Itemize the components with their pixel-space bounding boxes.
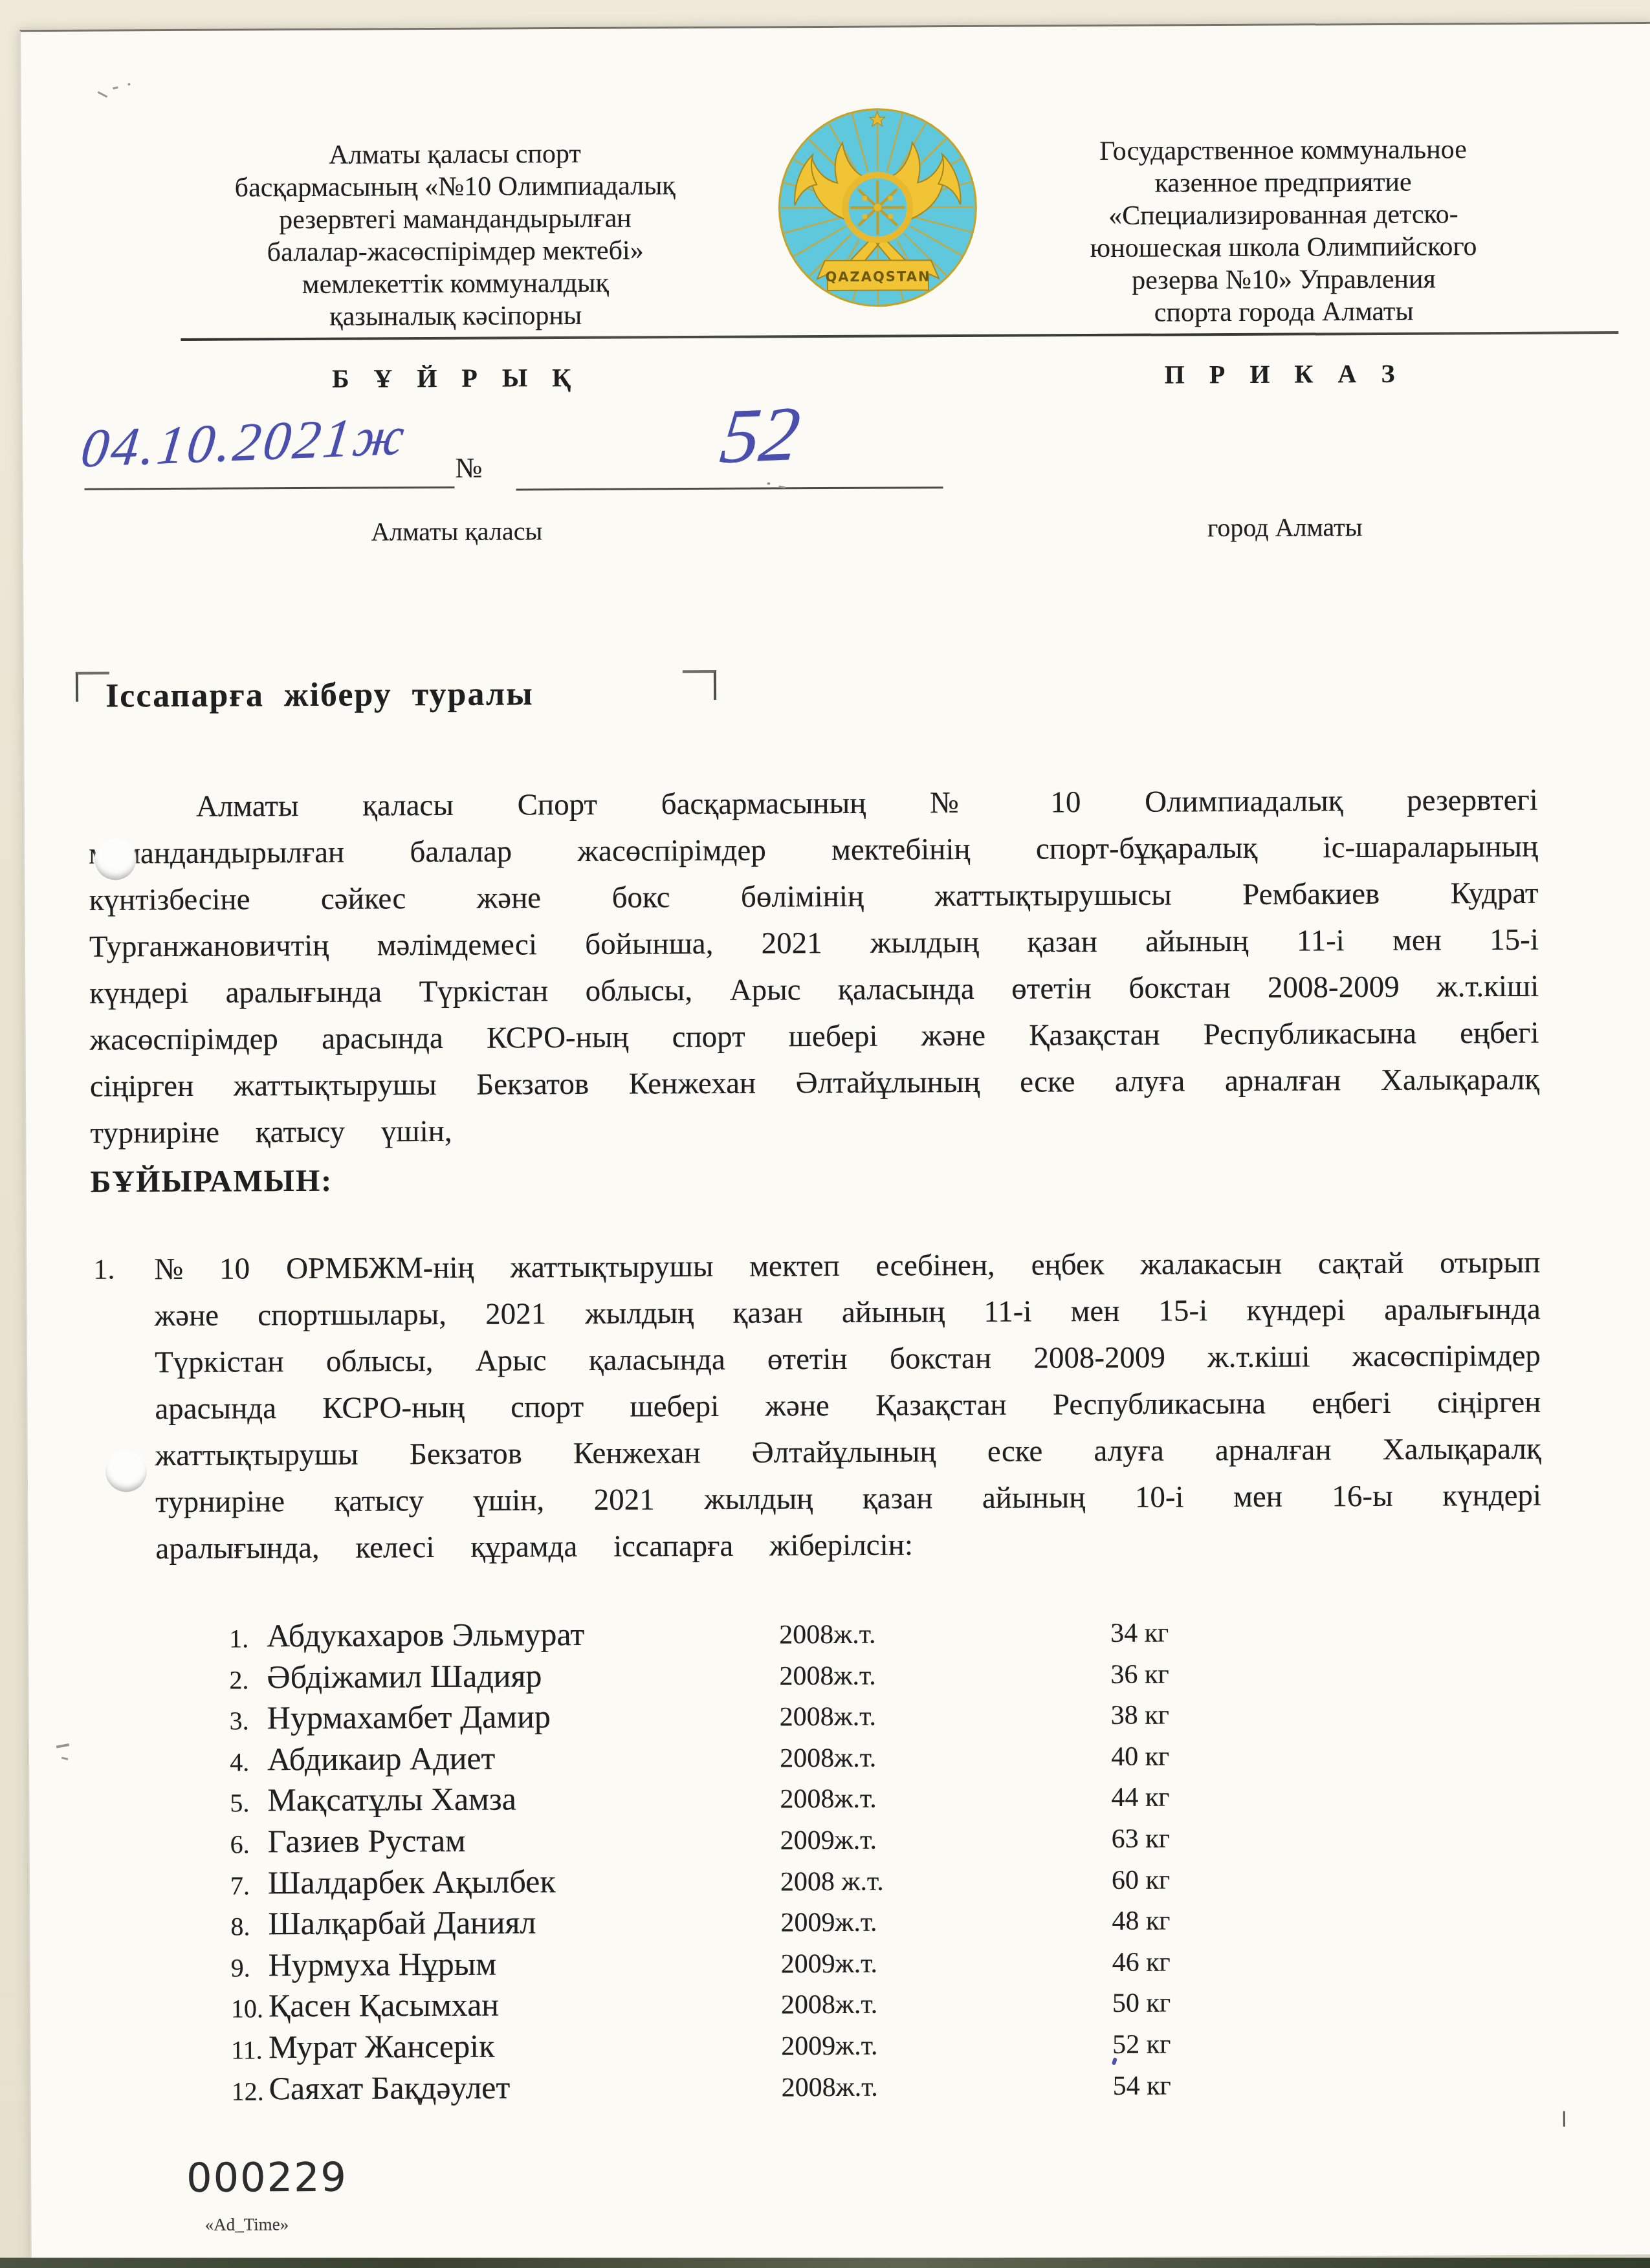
athlete-number: 7. — [230, 1870, 250, 1901]
org-name-russian: Государственное коммунальное казенное пр… — [979, 133, 1588, 330]
order-body: Алматы қаласы Спорт басқармасының № 10 О… — [89, 777, 1540, 1206]
athlete-number: 10. — [231, 1994, 263, 2024]
athlete-birth-year: 2009ж.т. — [780, 1825, 877, 1857]
number-underline — [516, 486, 943, 490]
athlete-name: Әбдіжамил Шадияр — [267, 1657, 542, 1696]
place-russian: город Алматы — [981, 510, 1589, 544]
athlete-birth-year: 2008ж.т. — [779, 1660, 875, 1692]
item-text: № 10 ОРМБЖМ-нің жаттықтырушы мектеп есеб… — [91, 1239, 1541, 1573]
list-item: 4.Абдикаир Адиет2008ж.т.40 кг — [230, 1735, 1394, 1782]
athlete-weight: 40 кг — [1111, 1741, 1169, 1772]
athlete-weight: 36 кг — [1110, 1659, 1169, 1690]
page-number-stamp: 000229 — [186, 2154, 347, 2201]
list-item: 10.Қасен Қасымхан2008ж.т.50 кг — [231, 1981, 1396, 2028]
athlete-weight: 34 кг — [1110, 1618, 1169, 1649]
athlete-name: Абдикаир Адиет — [267, 1739, 496, 1778]
athlete-birth-year: 2008ж.т. — [781, 1989, 877, 2021]
list-item: 7.Шалдарбек Ақылбек2008 ж.т.60 кг — [230, 1858, 1395, 1904]
athlete-name: Мақсатұлы Хамза — [267, 1780, 516, 1819]
athlete-weight: 63 кг — [1112, 1823, 1170, 1854]
athlete-weight: 52 кг — [1112, 2029, 1171, 2060]
list-item: 1.Абдукахаров Эльмурат2008ж.т.34 кг — [229, 1611, 1394, 1658]
athlete-birth-year: 2008ж.т. — [781, 2071, 877, 2103]
athlete-weight: 44 кг — [1111, 1782, 1169, 1813]
pencil-speck — [113, 87, 118, 90]
list-item: 5.Мақсатұлы Хамза2008ж.т.44 кг — [230, 1776, 1394, 1822]
athlete-weight: 38 кг — [1111, 1700, 1169, 1731]
emblem-country-label: QAZAQSTAN — [825, 268, 930, 285]
punch-hole-bottom — [105, 1450, 147, 1492]
athlete-number: 5. — [230, 1788, 249, 1818]
doc-type-russian: П Р И К А З — [980, 357, 1589, 391]
list-item: 3.Нурмахамбет Дамир2008ж.т.38 кг — [230, 1694, 1394, 1740]
athlete-birth-year: 2009ж.т. — [781, 2031, 877, 2062]
date-underline — [84, 486, 454, 490]
title-corner-mark-left — [76, 671, 109, 701]
athlete-birth-year: 2008 ж.т. — [780, 1866, 884, 1897]
athlete-weight: 48 кг — [1112, 1906, 1170, 1937]
athlete-name: Шалқарбай Даниял — [268, 1903, 536, 1942]
athlete-name: Қасен Қасымхан — [269, 1986, 499, 2025]
scanner-edge-strip — [0, 2258, 1650, 2268]
list-item: 6.Газиев Рустам2009ж.т.63 кг — [230, 1817, 1395, 1864]
org-name-kazakh: Алматы қаласы спорт басқармасының «№10 О… — [151, 137, 760, 334]
athlete-birth-year: 2008ж.т. — [780, 1783, 876, 1815]
list-item: 11.Мурат Жансерік2009ж.т.52 кг — [231, 2023, 1396, 2069]
athlete-number: 2. — [229, 1664, 248, 1695]
pencil-speck — [98, 91, 108, 98]
athlete-birth-year: 2009ж.т. — [781, 1948, 877, 1979]
athlete-number: 12. — [231, 2076, 263, 2106]
order-verb: БҰЙЫРАМЫН: — [91, 1152, 1540, 1206]
order-item-1: 1. № 10 ОРМБЖМ-нің жаттықтырушы мектеп е… — [91, 1239, 1541, 1573]
doc-type-kazakh: Б Ұ Й Р Ы Қ — [152, 362, 760, 395]
item-number: 1. — [93, 1246, 115, 1292]
athlete-list: 1.Абдукахаров Эльмурат2008ж.т.34 кг2.Әбд… — [229, 1611, 1396, 2111]
athlete-number: 3. — [230, 1706, 249, 1736]
scan-speck — [1563, 2111, 1565, 2127]
athlete-name: Газиев Рустам — [268, 1822, 466, 1860]
page-title: Іссапарға жіберу туралы — [105, 675, 534, 715]
pencil-speck — [127, 83, 130, 85]
title-corner-mark-right — [683, 670, 716, 700]
athlete-name: Саяхат Бақдәулет — [269, 2068, 510, 2107]
punch-hole-top — [94, 838, 136, 880]
athlete-weight: 60 кг — [1112, 1864, 1170, 1895]
athlete-birth-year: 2008ж.т. — [780, 1701, 876, 1733]
athlete-name: Абдукахаров Эльмурат — [267, 1615, 584, 1654]
athlete-weight: 50 кг — [1112, 1988, 1171, 2019]
kazakhstan-emblem-icon: QAZAQSTAN — [774, 104, 982, 312]
athlete-number: 1. — [229, 1623, 248, 1653]
athlete-number: 8. — [230, 1912, 250, 1942]
place-kazakh: Алматы қаласы — [153, 515, 761, 549]
athlete-birth-year: 2008ж.т. — [780, 1743, 876, 1774]
paper-page: Алматы қаласы спорт басқармасының «№10 О… — [19, 22, 1650, 2262]
order-date-handwritten: 04.10.2021ж — [78, 405, 410, 481]
athlete-name: Нурмуха Нұрым — [268, 1945, 496, 1983]
number-sign: № — [455, 452, 482, 485]
athlete-weight: 46 кг — [1112, 1946, 1171, 1978]
athlete-number: 4. — [230, 1747, 249, 1777]
athlete-birth-year: 2009ж.т. — [780, 1907, 877, 1939]
pencil-speck — [767, 482, 770, 485]
pencil-speck — [61, 1757, 68, 1760]
order-number-handwritten: 52 — [716, 389, 805, 481]
athlete-name: Шалдарбек Ақылбек — [268, 1862, 556, 1901]
list-item: 8.Шалқарбай Даниял2009ж.т.48 кг — [230, 1899, 1395, 1946]
athlete-name: Мурат Жансерік — [269, 2027, 494, 2066]
list-item: 9.Нурмуха Нұрым2009ж.т.46 кг — [230, 1941, 1395, 1987]
athlete-name: Нурмахамбет Дамир — [267, 1697, 551, 1736]
footer-note: «Ad_Time» — [205, 2214, 289, 2235]
list-item: 12.Саяхат Бақдәулет2008ж.т.54 кг — [231, 2064, 1396, 2110]
scanned-order-document: Алматы қаласы спорт басқармасының «№10 О… — [0, 0, 1650, 2268]
athlete-number: 11. — [231, 2034, 263, 2065]
athlete-weight: 54 кг — [1112, 2070, 1171, 2101]
athlete-number: 6. — [230, 1829, 250, 1859]
pencil-speck — [56, 1743, 69, 1749]
athlete-birth-year: 2008ж.т. — [779, 1619, 875, 1651]
list-item: 2.Әбдіжамил Шадияр2008ж.т.36 кг — [229, 1652, 1394, 1699]
order-preamble: Алматы қаласы Спорт басқармасының № 10 О… — [89, 777, 1540, 1157]
athlete-number: 9. — [231, 1952, 250, 1983]
